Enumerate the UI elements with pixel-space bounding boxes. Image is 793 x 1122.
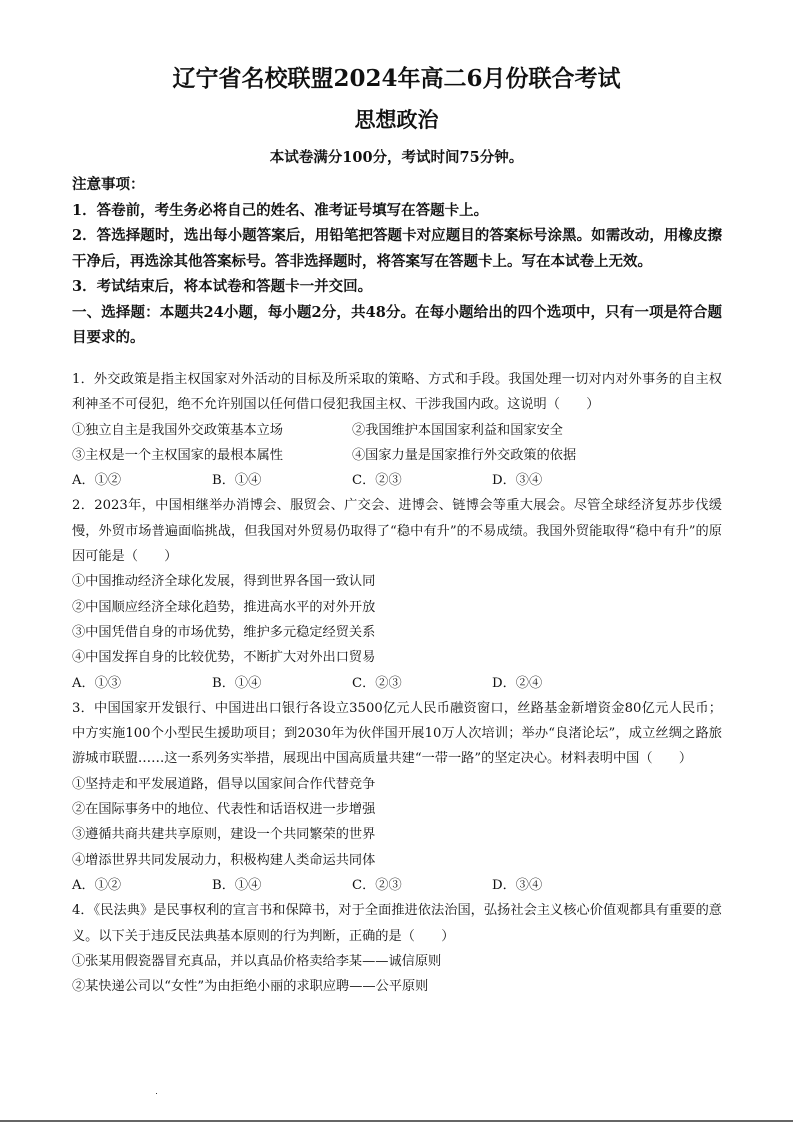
choice-b: B．①④	[212, 873, 352, 898]
statement: ②某快递公司以“女性”为由拒绝小丽的求职应聘——公平原则	[72, 974, 722, 999]
exam-title: 辽宁省名校联盟2024年高二6月份联合考试	[0, 60, 793, 93]
statement: ③中国凭借自身的市场优势，维护多元稳定经贸关系	[72, 620, 722, 645]
statement: ④中国发挥自身的比较优势，不断扩大对外出口贸易	[72, 645, 722, 670]
choice-b: B．①④	[212, 671, 352, 696]
question-3: 3．中国国家开发银行、中国进出口银行各设立3500亿元人民币融资窗口，丝路基金新…	[72, 696, 722, 898]
exam-page: 辽宁省名校联盟2024年高二6月份联合考试 思想政治 本试卷满分100分，考试时…	[0, 0, 793, 1122]
question-stem: 3．中国国家开发银行、中国进出口银行各设立3500亿元人民币融资窗口，丝路基金新…	[72, 696, 722, 772]
question-stem: 4．《民法典》是民事权利的宣言书和保障书，对于全面推进依法治国，弘扬社会主义核心…	[72, 898, 722, 949]
statement: ①独立自主是我国外交政策基本立场	[72, 418, 352, 443]
statement-row: ③主权是一个主权国家的最根本属性 ④国家力量是国家推行外交政策的依据	[72, 443, 722, 468]
choice-d: D．②④	[492, 671, 542, 696]
choice-b: B．①④	[212, 468, 352, 493]
questions-list: 1．外交政策是指主权国家对外活动的目标及所采取的策略、方式和手段。我国处理一切对…	[72, 367, 722, 999]
section-heading: 一、选择题：本题共24小题，每小题2分，共48分。在每小题给出的四个选项中，只有…	[72, 300, 722, 351]
choice-c: C．②③	[352, 873, 492, 898]
page-dot-mark	[156, 1093, 157, 1094]
statement: ②我国维护本国国家利益和国家安全	[352, 418, 632, 443]
note-item-1: 1．答卷前，考生务必将自己的姓名、准考证号填写在答题卡上。	[72, 198, 722, 224]
statement: ②中国顺应经济全球化趋势，推进高水平的对外开放	[72, 595, 722, 620]
note-item-2: 2．答选择题时，选出每小题答案后，用铅笔把答题卡对应题目的答案标号涂黑。如需改动…	[72, 223, 722, 274]
statement: ②在国际事务中的地位、代表性和话语权进一步增强	[72, 797, 722, 822]
statement: ③主权是一个主权国家的最根本属性	[72, 443, 352, 468]
choice-d: D．③④	[492, 873, 542, 898]
notes-heading: 注意事项：	[72, 172, 722, 198]
choice-c: C．②③	[352, 671, 492, 696]
notes-section: 注意事项： 1．答卷前，考生务必将自己的姓名、准考证号填写在答题卡上。 2．答选…	[72, 172, 722, 351]
question-2: 2．2023年，中国相继举办消博会、服贸会、广交会、进博会、链博会等重大展会。尽…	[72, 493, 722, 695]
statement: ④国家力量是国家推行外交政策的依据	[352, 443, 632, 468]
choice-a: A．①②	[72, 468, 212, 493]
statement-row: ①独立自主是我国外交政策基本立场 ②我国维护本国国家利益和国家安全	[72, 418, 722, 443]
answer-choices: A．①② B．①④ C．②③ D．③④	[72, 468, 722, 493]
statement: ①中国推动经济全球化发展，得到世界各国一致认同	[72, 569, 722, 594]
choice-c: C．②③	[352, 468, 492, 493]
statement: ④增添世界共同发展动力，积极构建人类命运共同体	[72, 848, 722, 873]
statement: ③遵循共商共建共享原则，建设一个共同繁荣的世界	[72, 822, 722, 847]
choice-d: D．③④	[492, 468, 542, 493]
choice-a: A．①②	[72, 873, 212, 898]
statement: ①坚持走和平发展道路，倡导以国家间合作代替竞争	[72, 772, 722, 797]
exam-info: 本试卷满分100分，考试时间75分钟。	[0, 146, 793, 167]
answer-choices: A．①③ B．①④ C．②③ D．②④	[72, 671, 722, 696]
answer-choices: A．①② B．①④ C．②③ D．③④	[72, 873, 722, 898]
choice-a: A．①③	[72, 671, 212, 696]
question-4: 4．《民法典》是民事权利的宣言书和保障书，对于全面推进依法治国，弘扬社会主义核心…	[72, 898, 722, 999]
question-stem: 1．外交政策是指主权国家对外活动的目标及所采取的策略、方式和手段。我国处理一切对…	[72, 367, 722, 418]
question-stem: 2．2023年，中国相继举办消博会、服贸会、广交会、进博会、链博会等重大展会。尽…	[72, 493, 722, 569]
exam-subject: 思想政治	[0, 104, 793, 134]
note-item-3: 3．考试结束后，将本试卷和答题卡一并交回。	[72, 274, 722, 300]
statement: ①张某用假瓷器冒充真品，并以真品价格卖给李某——诚信原则	[72, 949, 722, 974]
question-1: 1．外交政策是指主权国家对外活动的目标及所采取的策略、方式和手段。我国处理一切对…	[72, 367, 722, 493]
